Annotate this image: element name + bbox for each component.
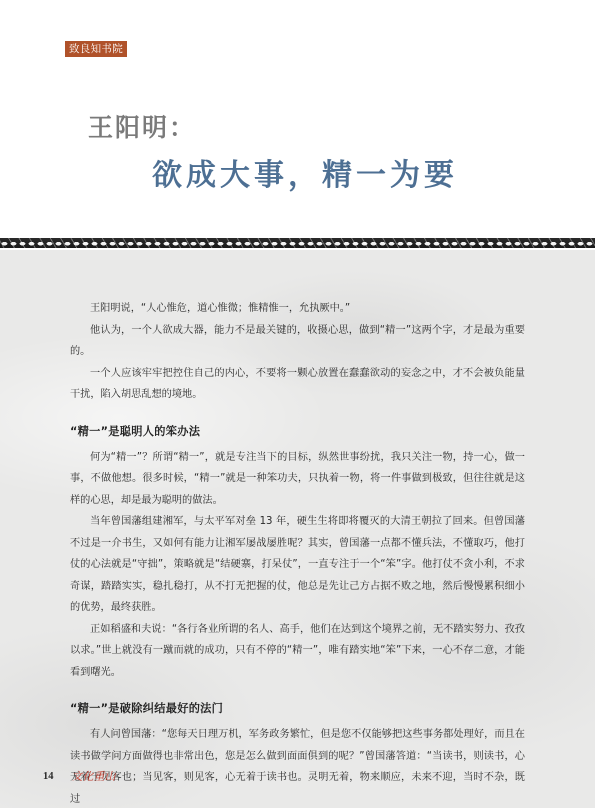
body-paragraph: 当年曾国藩组建湘军，与太平军对垒 13 年，硬生生将即将覆灭的大清王朝拉了回来。… [70,511,525,619]
intro-paragraph: 他认为，一个人欲成大器，能力不是最关键的，收摄心思，做到“精一”这两个字，才是最… [70,320,525,363]
intro-paragraph: 王阳明说，“人心惟危，道心惟微；惟精惟一，允执厥中。” [70,298,525,320]
section-heading: “精一”是破除纠结最好的法门 [70,700,525,718]
section-tag: 致良知书院 [65,41,127,57]
article-title-author: 王阳明： [88,108,196,144]
section-heading: “精一”是聪明人的笨办法 [70,423,525,441]
body-paragraph: 正如稻盛和夫说：“各行各业所谓的名人、高手，他们在达到这个境界之前，无不踏实努力… [70,619,525,684]
body-paragraph: 有人问曾国藩：“您每天日理万机，军务政务繁忙，但是您不仅能够把这些事务都处理好，… [70,724,525,808]
page-header: 致良知书院 王阳明： 欲成大事，精一为要 [0,0,595,240]
article-title-main: 欲成大事，精一为要 [152,150,458,194]
page-number: 14 [43,771,54,782]
body-paragraph: 何为“精一”？所谓“精一”，就是专注当下的目标，纵然世事纷扰，我只关注一物，持一… [70,447,525,512]
article-body: 王阳明说，“人心惟危，道心惟微；惟精惟一，允执厥中。” 他认为，一个人欲成大器，… [70,298,525,808]
page-footer: 14 文化重山 [43,768,116,784]
chain-divider [0,236,595,250]
intro-paragraph: 一个人应该牢牢把控住自己的内心，不要将一颗心放置在蠢蠢欲动的妄念之中，才不会被负… [70,363,525,406]
magazine-logo: 文化重山 [72,768,116,784]
